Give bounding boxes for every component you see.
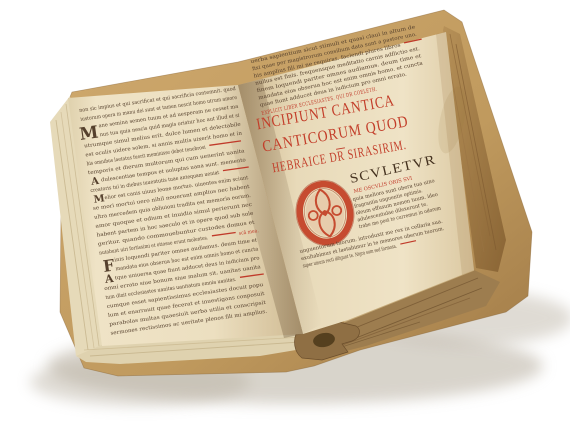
open-codex: non sic impius et qui sacrificat et qui … bbox=[0, 0, 570, 441]
manuscript-photo: non sic impius et qui sacrificat et qui … bbox=[0, 0, 570, 441]
versal-initial-a: A bbox=[90, 176, 100, 188]
versal-initial-m2: M bbox=[93, 193, 106, 205]
versal-initial-m: M bbox=[78, 123, 100, 145]
